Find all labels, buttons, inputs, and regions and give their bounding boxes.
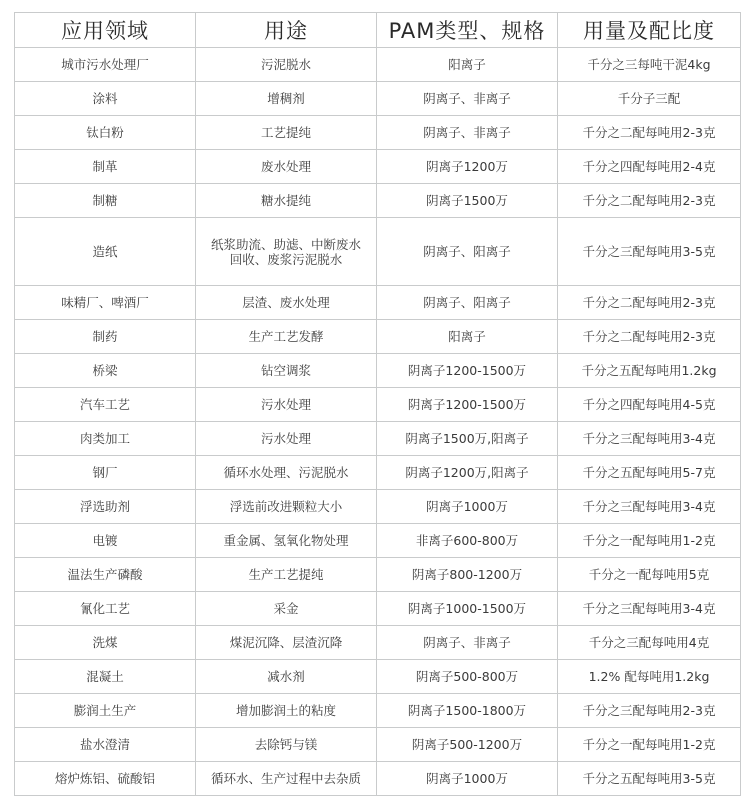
- cell-use: 生产工艺提纯: [196, 558, 377, 592]
- cell-dosage: 千分之一配每吨用5克: [558, 558, 741, 592]
- cell-application-field: 制糖: [15, 184, 196, 218]
- cell-pam-type: 阴离子500-800万: [377, 660, 558, 694]
- cell-use: 增加膨润土的粘度: [196, 694, 377, 728]
- cell-application-field: 涂料: [15, 82, 196, 116]
- cell-application-field: 熔炉炼铝、硫酸铝: [15, 762, 196, 796]
- cell-application-field: 汽车工艺: [15, 388, 196, 422]
- header-pam-type: PAM类型、规格: [377, 13, 558, 48]
- cell-use: 生产工艺发酵: [196, 320, 377, 354]
- cell-application-field: 制革: [15, 150, 196, 184]
- cell-pam-type: 阳离子: [377, 48, 558, 82]
- table-row: 熔炉炼铝、硫酸铝循环水、生产过程中去杂质阴离子1000万千分之五配每吨用3-5克: [15, 762, 741, 796]
- cell-dosage: 千分之三配每吨用3-5克: [558, 218, 741, 286]
- cell-use: 污泥脱水: [196, 48, 377, 82]
- cell-pam-type: 阴离子800-1200万: [377, 558, 558, 592]
- cell-pam-type: 阴离子、阳离子: [377, 286, 558, 320]
- table-row: 桥梁钻空调浆阴离子1200-1500万千分之五配每吨用1.2kg: [15, 354, 741, 388]
- table-row: 肉类加工污水处理阴离子1500万,阳离子千分之三配每吨用3-4克: [15, 422, 741, 456]
- cell-use: 纸浆助流、助滤、中断废水回收、废浆污泥脱水: [196, 218, 377, 286]
- cell-application-field: 味精厂、啤酒厂: [15, 286, 196, 320]
- cell-pam-type: 阴离子、非离子: [377, 116, 558, 150]
- cell-pam-type: 阳离子: [377, 320, 558, 354]
- table-row: 洗煤煤泥沉降、层渣沉降阴离子、非离子千分之三配每吨用4克: [15, 626, 741, 660]
- cell-application-field: 电镀: [15, 524, 196, 558]
- table-row: 制糖糖水提纯阴离子1500万千分之二配每吨用2-3克: [15, 184, 741, 218]
- table-row: 电镀重金属、氢氧化物处理非离子600-800万千分之一配每吨用1-2克: [15, 524, 741, 558]
- cell-application-field: 膨润土生产: [15, 694, 196, 728]
- table-row: 造纸纸浆助流、助滤、中断废水回收、废浆污泥脱水阴离子、阳离子千分之三配每吨用3-…: [15, 218, 741, 286]
- cell-dosage: 千分之二配每吨用2-3克: [558, 286, 741, 320]
- cell-use: 工艺提纯: [196, 116, 377, 150]
- cell-use: 采金: [196, 592, 377, 626]
- table-row: 温法生产磷酸生产工艺提纯阴离子800-1200万千分之一配每吨用5克: [15, 558, 741, 592]
- cell-application-field: 混凝土: [15, 660, 196, 694]
- cell-dosage: 千分之四配每吨用4-5克: [558, 388, 741, 422]
- cell-use: 增稠剂: [196, 82, 377, 116]
- cell-application-field: 肉类加工: [15, 422, 196, 456]
- cell-use: 层渣、废水处理: [196, 286, 377, 320]
- cell-dosage: 千分之三配每吨用2-3克: [558, 694, 741, 728]
- cell-application-field: 制药: [15, 320, 196, 354]
- cell-use: 钻空调浆: [196, 354, 377, 388]
- cell-use: 循环水、生产过程中去杂质: [196, 762, 377, 796]
- cell-dosage: 千分之四配每吨用2-4克: [558, 150, 741, 184]
- table-row: 氰化工艺采金阴离子1000-1500万千分之三配每吨用3-4克: [15, 592, 741, 626]
- cell-pam-type: 阴离子1200-1500万: [377, 388, 558, 422]
- table-row: 混凝土减水剂阴离子500-800万1.2% 配每吨用1.2kg: [15, 660, 741, 694]
- cell-application-field: 氰化工艺: [15, 592, 196, 626]
- cell-application-field: 城市污水处理厂: [15, 48, 196, 82]
- table-row: 涂料增稠剂阴离子、非离子千分子三配: [15, 82, 741, 116]
- cell-use: 糖水提纯: [196, 184, 377, 218]
- table-row: 膨润土生产增加膨润土的粘度阴离子1500-1800万千分之三配每吨用2-3克: [15, 694, 741, 728]
- cell-use: 去除钙与镁: [196, 728, 377, 762]
- table-row: 制革废水处理阴离子1200万千分之四配每吨用2-4克: [15, 150, 741, 184]
- header-use: 用途: [196, 13, 377, 48]
- cell-dosage: 1.2% 配每吨用1.2kg: [558, 660, 741, 694]
- cell-dosage: 千分之二配每吨用2-3克: [558, 116, 741, 150]
- cell-pam-type: 阴离子、阳离子: [377, 218, 558, 286]
- cell-use: 废水处理: [196, 150, 377, 184]
- table-row: 钢厂循环水处理、污泥脱水阴离子1200万,阳离子千分之五配每吨用5-7克: [15, 456, 741, 490]
- table-row: 汽车工艺污水处理阴离子1200-1500万千分之四配每吨用4-5克: [15, 388, 741, 422]
- cell-dosage: 千分子三配: [558, 82, 741, 116]
- cell-pam-type: 阴离子1200-1500万: [377, 354, 558, 388]
- cell-dosage: 千分之三配每吨用3-4克: [558, 422, 741, 456]
- cell-application-field: 造纸: [15, 218, 196, 286]
- cell-dosage: 千分之五配每吨用1.2kg: [558, 354, 741, 388]
- cell-application-field: 钢厂: [15, 456, 196, 490]
- table-row: 制药生产工艺发酵阳离子千分之二配每吨用2-3克: [15, 320, 741, 354]
- cell-use: 减水剂: [196, 660, 377, 694]
- cell-dosage: 千分之一配每吨用1-2克: [558, 524, 741, 558]
- cell-pam-type: 阴离子1000-1500万: [377, 592, 558, 626]
- pam-application-table: 应用领域 用途 PAM类型、规格 用量及配比度 城市污水处理厂污泥脱水阳离子千分…: [14, 12, 741, 796]
- cell-dosage: 千分之二配每吨用2-3克: [558, 184, 741, 218]
- header-application-field: 应用领域: [15, 13, 196, 48]
- cell-dosage: 千分之二配每吨用2-3克: [558, 320, 741, 354]
- table-row: 浮选助剂浮选前改进颗粒大小阴离子1000万千分之三配每吨用3-4克: [15, 490, 741, 524]
- cell-use: 污水处理: [196, 422, 377, 456]
- cell-dosage: 千分之一配每吨用1-2克: [558, 728, 741, 762]
- cell-use: 浮选前改进颗粒大小: [196, 490, 377, 524]
- cell-dosage: 千分之三配每吨用4克: [558, 626, 741, 660]
- cell-use: 重金属、氢氧化物处理: [196, 524, 377, 558]
- cell-application-field: 浮选助剂: [15, 490, 196, 524]
- cell-pam-type: 非离子600-800万: [377, 524, 558, 558]
- table-row: 城市污水处理厂污泥脱水阳离子千分之三每吨干泥4kg: [15, 48, 741, 82]
- cell-use: 循环水处理、污泥脱水: [196, 456, 377, 490]
- header-row: 应用领域 用途 PAM类型、规格 用量及配比度: [15, 13, 741, 48]
- table-row: 钛白粉工艺提纯阴离子、非离子千分之二配每吨用2-3克: [15, 116, 741, 150]
- cell-dosage: 千分之三配每吨用3-4克: [558, 490, 741, 524]
- cell-dosage: 千分之五配每吨用5-7克: [558, 456, 741, 490]
- cell-dosage: 千分之五配每吨用3-5克: [558, 762, 741, 796]
- cell-pam-type: 阴离子、非离子: [377, 626, 558, 660]
- cell-pam-type: 阴离子1200万,阳离子: [377, 456, 558, 490]
- cell-dosage: 千分之三配每吨用3-4克: [558, 592, 741, 626]
- cell-application-field: 温法生产磷酸: [15, 558, 196, 592]
- cell-pam-type: 阴离子500-1200万: [377, 728, 558, 762]
- table-row: 盐水澄清去除钙与镁阴离子500-1200万千分之一配每吨用1-2克: [15, 728, 741, 762]
- cell-pam-type: 阴离子1500万,阳离子: [377, 422, 558, 456]
- cell-application-field: 钛白粉: [15, 116, 196, 150]
- cell-pam-type: 阴离子1500万: [377, 184, 558, 218]
- cell-pam-type: 阴离子、非离子: [377, 82, 558, 116]
- cell-pam-type: 阴离子1000万: [377, 762, 558, 796]
- table-row: 味精厂、啤酒厂层渣、废水处理阴离子、阳离子千分之二配每吨用2-3克: [15, 286, 741, 320]
- cell-pam-type: 阴离子1500-1800万: [377, 694, 558, 728]
- cell-application-field: 盐水澄清: [15, 728, 196, 762]
- cell-use: 煤泥沉降、层渣沉降: [196, 626, 377, 660]
- cell-application-field: 洗煤: [15, 626, 196, 660]
- header-dosage: 用量及配比度: [558, 13, 741, 48]
- cell-pam-type: 阴离子1200万: [377, 150, 558, 184]
- cell-dosage: 千分之三每吨干泥4kg: [558, 48, 741, 82]
- cell-use: 污水处理: [196, 388, 377, 422]
- cell-pam-type: 阴离子1000万: [377, 490, 558, 524]
- cell-application-field: 桥梁: [15, 354, 196, 388]
